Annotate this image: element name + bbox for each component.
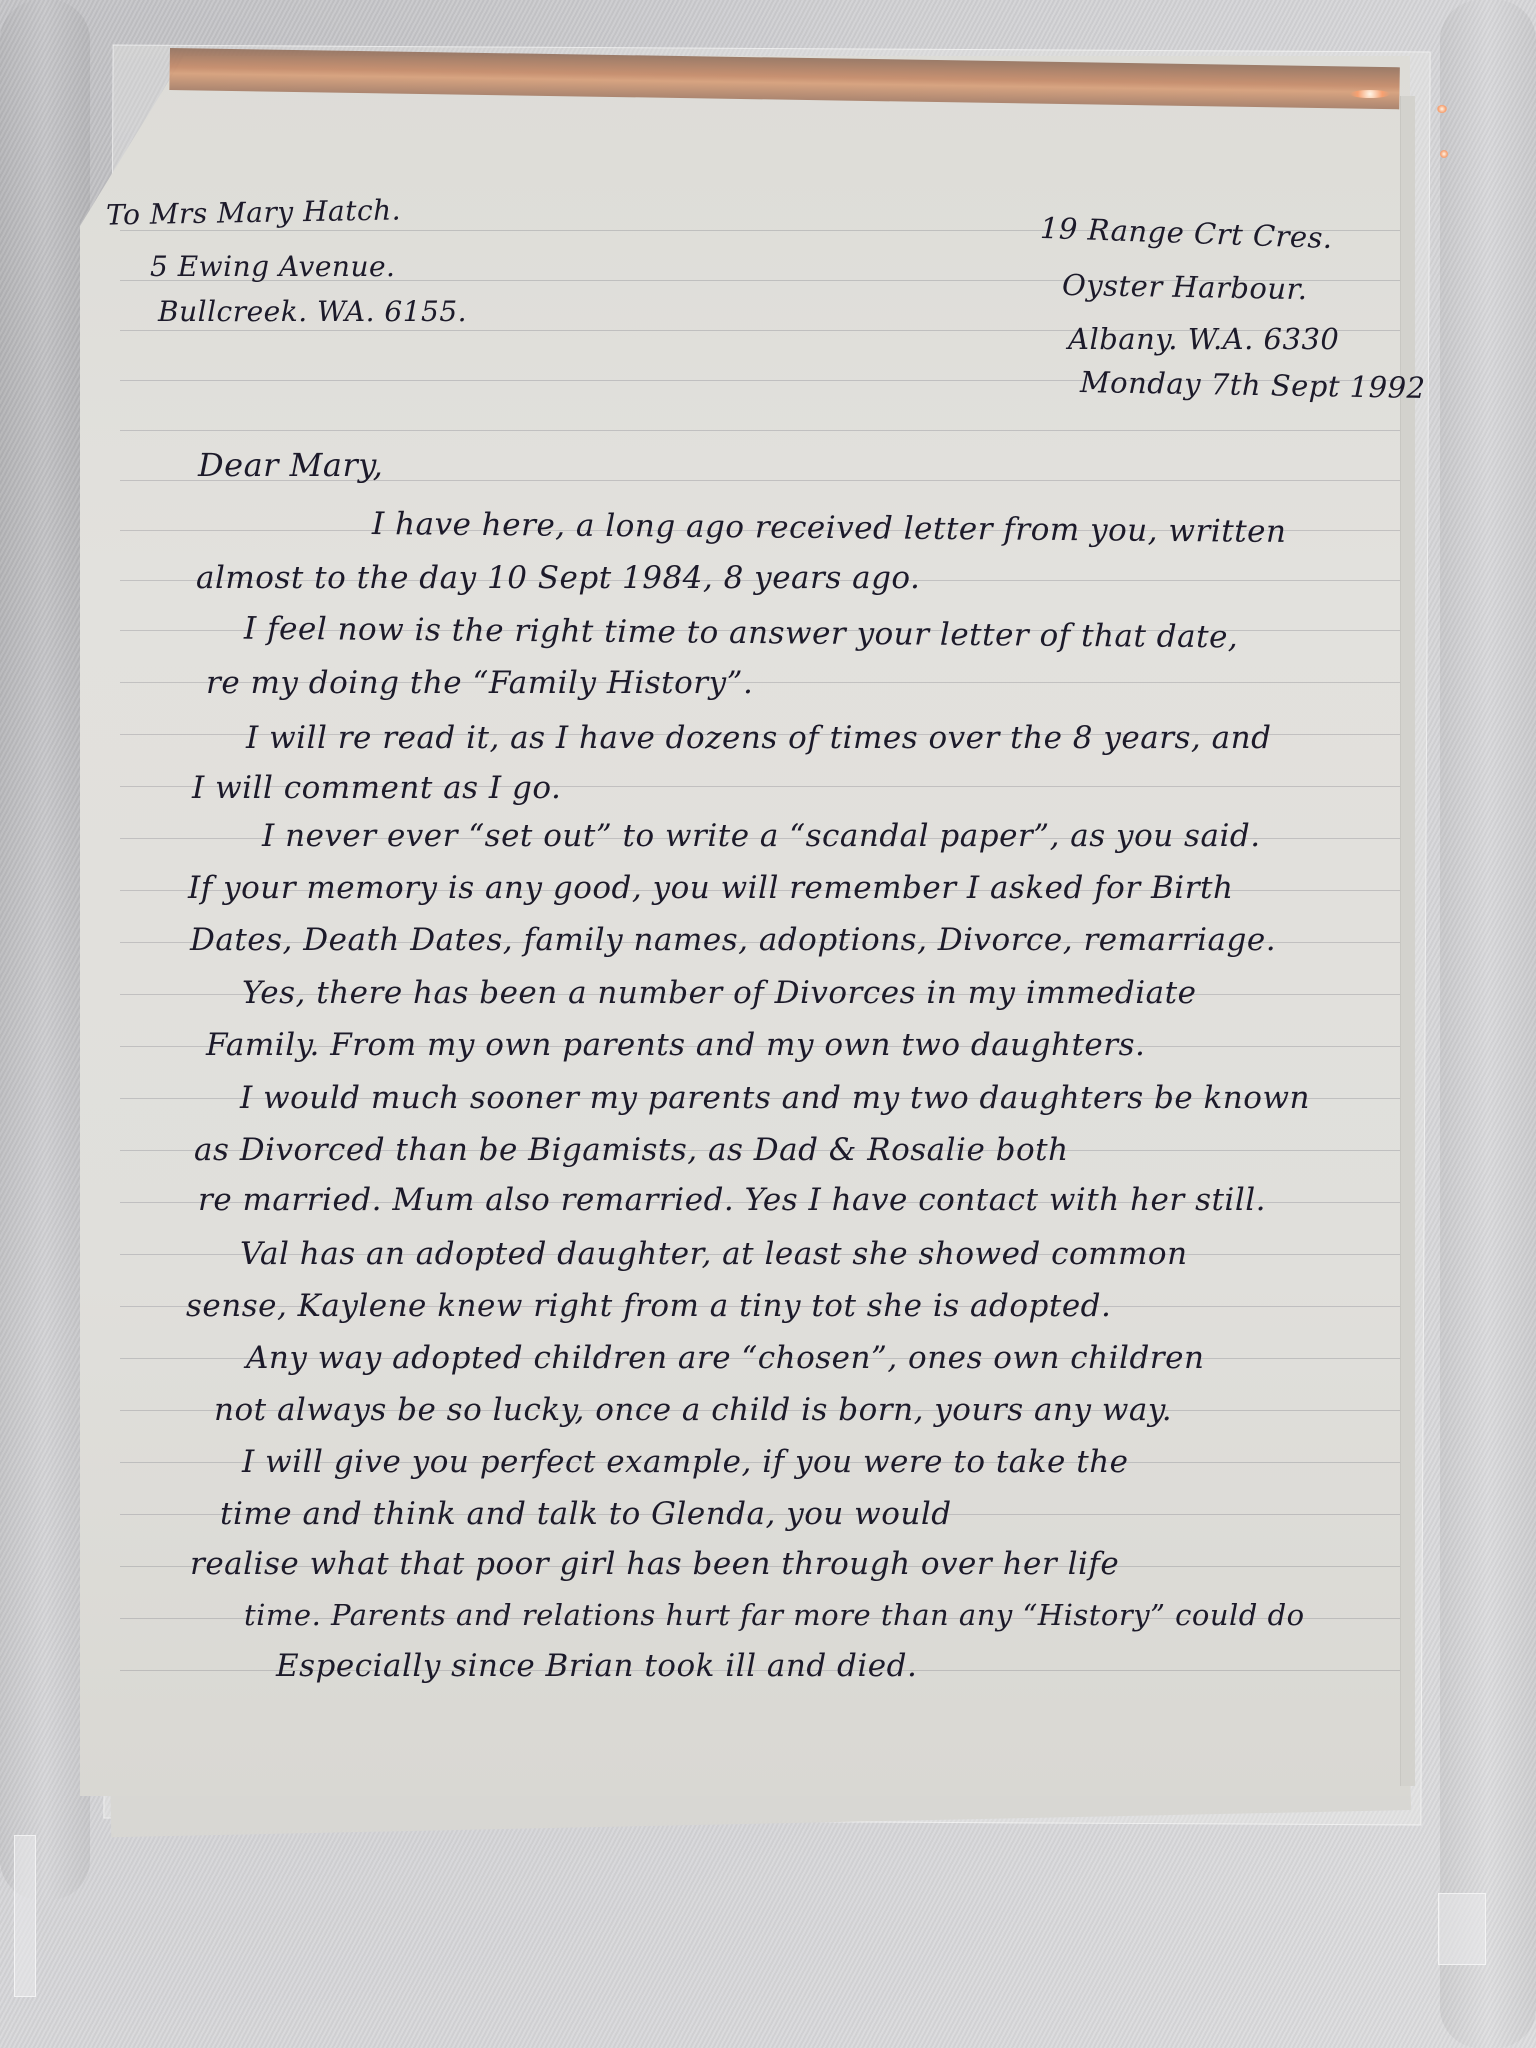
paper-edge	[1400, 96, 1415, 1786]
body-line: Val has an adopted daughter, at least sh…	[240, 1236, 1188, 1272]
light-glare	[1350, 90, 1390, 98]
body-line: I will give you perfect example, if you …	[242, 1444, 1129, 1480]
body-line: I will comment as I go.	[192, 770, 561, 806]
body-line: re my doing the “Family History”.	[206, 665, 753, 701]
body-line: almost to the day 10 Sept 1984, 8 years …	[196, 560, 920, 596]
salutation: Dear Mary,	[198, 446, 383, 484]
body-line: I never ever “set out” to write a “scand…	[262, 818, 1261, 854]
body-line: sense, Kaylene knew right from a tiny to…	[186, 1288, 1111, 1324]
light-glare	[1440, 150, 1448, 158]
recipient-name: To Mrs Mary Hatch.	[106, 193, 402, 231]
body-line: Yes, there has been a number of Divorces…	[242, 975, 1196, 1011]
cloth-fold	[1440, 0, 1536, 2048]
body-line: Especially since Brian took ill and died…	[276, 1648, 917, 1684]
sleeve-tape-left	[14, 1835, 36, 1997]
sleeve-tape-right	[1438, 1893, 1486, 1965]
body-line: Any way adopted children are “chosen”, o…	[246, 1340, 1204, 1376]
sender-city: Albany. W.A. 6330	[1068, 322, 1339, 356]
sender-suburb: Oyster Harbour.	[1062, 268, 1308, 306]
body-line: If your memory is any good, you will rem…	[188, 870, 1233, 906]
body-line: not always be so lucky, once a child is …	[214, 1392, 1172, 1428]
cloth-fold	[0, 0, 90, 1900]
body-line: realise what that poor girl has been thr…	[190, 1546, 1119, 1582]
body-line: I would much sooner my parents and my tw…	[240, 1080, 1310, 1116]
body-line: as Divorced than be Bigamists, as Dad & …	[194, 1132, 1069, 1168]
body-line: Family. From my own parents and my own t…	[206, 1027, 1145, 1063]
light-glare	[1437, 105, 1447, 113]
body-line: I will re read it, as I have dozens of t…	[246, 720, 1271, 756]
body-line: re married. Mum also remarried. Yes I ha…	[198, 1182, 1266, 1218]
letter-date: Monday 7th Sept 1992	[1080, 365, 1426, 405]
recipient-street: 5 Ewing Avenue.	[150, 250, 395, 283]
body-line: time. Parents and relations hurt far mor…	[244, 1598, 1305, 1632]
body-line: Dates, Death Dates, family names, adopti…	[190, 922, 1276, 958]
body-line: time and think and talk to Glenda, you w…	[220, 1496, 952, 1532]
recipient-city: Bullcreek. WA. 6155.	[158, 295, 467, 328]
